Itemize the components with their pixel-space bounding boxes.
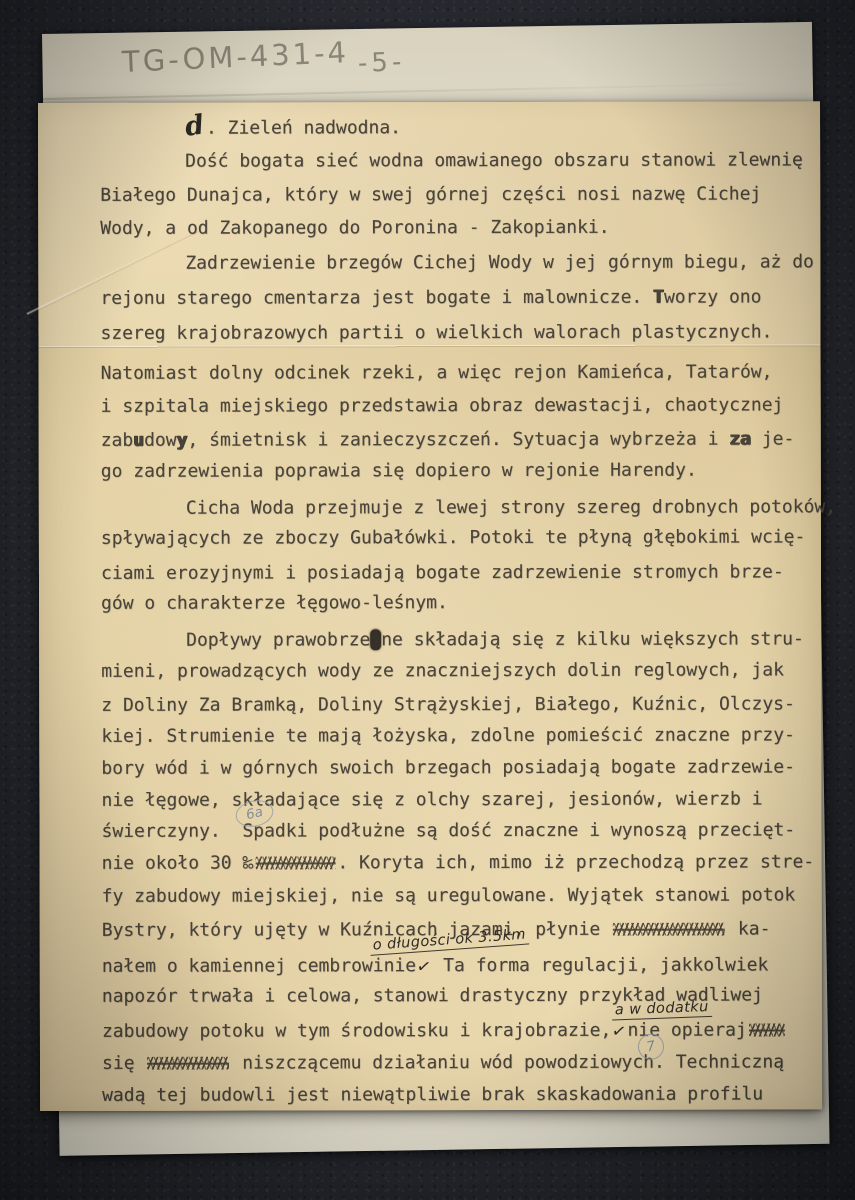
overstruck-text: u bbox=[133, 430, 144, 451]
document-line: zabudowy, śmietnisk i zanieczyszczeń. Sy… bbox=[101, 428, 795, 451]
document-line: nie około 30 ‰. Koryta ich, mimo iż prze… bbox=[102, 851, 815, 874]
document-line: nałem o kamiennej cembrowinie✓ Ta forma … bbox=[102, 954, 769, 977]
typed-text: fy zabudowy miejskiej, nie są uregulowan… bbox=[102, 884, 796, 906]
document-line: mieni, prowadzących wody ze znaczniejszy… bbox=[101, 659, 784, 682]
typed-text: nałem o kamiennej cembrowinie bbox=[102, 955, 416, 977]
overstruck-text: T bbox=[653, 287, 664, 308]
typed-text: je- bbox=[751, 428, 794, 449]
typed-text: Dopływy prawobrze bbox=[186, 629, 370, 650]
scribbled-out-word bbox=[147, 1057, 229, 1070]
document-line: d. Zieleń nadwodna. bbox=[185, 115, 401, 139]
typed-text: szereg krajobrazowych partii o wielkich … bbox=[100, 321, 772, 343]
typed-text: . Koryta ich, mimo iż przechodzą przez s… bbox=[337, 851, 814, 873]
document-line: Dopływy prawobrzeżne składają się z kilk… bbox=[186, 628, 804, 651]
paper-crease bbox=[43, 82, 813, 100]
typed-text: Natomiast dolny odcinek rzeki, a więc re… bbox=[101, 361, 773, 383]
typed-text: gów o charakterze łęgowo-leśnym. bbox=[101, 592, 448, 614]
typed-text: niszczącemu działaniu wód powodziowych. … bbox=[231, 1051, 784, 1073]
typed-text: wadą tej budowli jest niewątpliwie brak … bbox=[102, 1083, 763, 1105]
scribbled-out-word bbox=[613, 923, 725, 936]
typed-text: zab bbox=[101, 430, 134, 451]
typed-text: świerczyny. Spadki podłużne są dość znac… bbox=[102, 819, 796, 841]
typed-text: się bbox=[102, 1053, 145, 1074]
typed-text: mieni, prowadzących wody ze znaczniejszy… bbox=[101, 659, 784, 681]
document-line: go zadrzewienia poprawia się dopiero w r… bbox=[101, 460, 697, 483]
handwritten-letter: d bbox=[184, 115, 206, 137]
typed-text: bory wód i w górnych swoich brzegach pos… bbox=[101, 756, 795, 778]
document-line: spływających ze zboczy Gubałówki. Potoki… bbox=[101, 526, 805, 549]
document-line: bory wód i w górnych swoich brzegach pos… bbox=[101, 756, 795, 779]
ink-blot: ż bbox=[370, 629, 381, 650]
document-line: zabudowy potoku w tym środowisku i krajo… bbox=[102, 1019, 787, 1042]
typed-text: Cicha Woda przejmuje z lewej strony szer… bbox=[186, 496, 836, 518]
insertion-caret-mark: ✓ bbox=[415, 955, 433, 979]
typed-text: Ta forma regulacji, jakkolwiek bbox=[432, 954, 768, 976]
typed-text: worzy ono bbox=[664, 286, 762, 307]
typed-text: , śmietnisk i zanieczyszczeń. Sytuacja w… bbox=[187, 429, 729, 451]
typed-text: Bystry, który ujęty w Kuźnicach jazami, … bbox=[102, 919, 611, 941]
document-line: kiej. Strumienie te mają łożyska, zdolne… bbox=[101, 724, 795, 747]
typed-text: i szpitala miejskiego przedstawia obraz … bbox=[101, 394, 784, 416]
document-line: Wody, a od Zakopanego do Poronina - Zako… bbox=[100, 217, 609, 240]
document-line: fy zabudowy miejskiej, nie są uregulowan… bbox=[102, 884, 796, 907]
document-line: ciami erozyjnymi i posiadają bogate zadr… bbox=[101, 561, 784, 584]
document-line: i szpitala miejskiego przedstawia obraz … bbox=[101, 394, 784, 417]
paper-seam bbox=[39, 344, 821, 349]
document-line: Zadrzewienie brzegów Cichej Wody w jej g… bbox=[185, 251, 814, 274]
typed-text: zabudowy potoku w tym środowisku i krajo… bbox=[102, 1020, 611, 1042]
typed-text: Zadrzewienie brzegów Cichej Wody w jej g… bbox=[185, 251, 814, 273]
scribbled-out-word bbox=[255, 856, 335, 869]
handwritten-insertion: a w dodatku bbox=[612, 999, 712, 1021]
overstruck-text: za bbox=[729, 429, 751, 450]
typed-text: nie około 30 ‰ bbox=[102, 853, 254, 874]
typed-text: . Zieleń nadwodna. bbox=[206, 117, 401, 138]
typed-text: ka- bbox=[727, 918, 770, 939]
document-line: Białego Dunajca, który w swej górnej czę… bbox=[100, 183, 761, 206]
typed-text: ciami erozyjnymi i posiadają bogate zadr… bbox=[101, 561, 784, 583]
document-line: Dość bogata sieć wodna omawianego obszar… bbox=[185, 149, 803, 172]
document-line: się niszczącemu działaniu wód powodziowy… bbox=[102, 1051, 784, 1074]
document-line: z Doliny Za Bramką, Doliny Strążyskiej, … bbox=[101, 693, 795, 716]
page-number-handwriting: -5- bbox=[357, 47, 405, 79]
document-line: gów o charakterze łęgowo-leśnym. bbox=[101, 592, 448, 615]
document-line: nie łęgowe, składające się z olchy szare… bbox=[101, 788, 762, 811]
typed-text: go zadrzewienia poprawia się dopiero w r… bbox=[101, 460, 697, 482]
document-line: szereg krajobrazowych partii o wielkich … bbox=[100, 321, 772, 344]
typed-text: Wody, a od Zakopanego do Poronina - Zako… bbox=[100, 217, 609, 239]
typed-text: dow bbox=[144, 430, 177, 451]
document-line: Cicha Woda przejmuje z lewej strony szer… bbox=[186, 496, 836, 519]
document-line: rejonu starego cmentarza jest bogate i m… bbox=[100, 286, 761, 309]
document-line: wadą tej budowli jest niewątpliwie brak … bbox=[102, 1083, 763, 1106]
typed-text: Dość bogata sieć wodna omawianego obszar… bbox=[185, 149, 803, 171]
scribbled-out-word bbox=[749, 1023, 785, 1036]
typed-text: rejonu starego cmentarza jest bogate i m… bbox=[100, 287, 653, 309]
photo-backdrop: TG-OM-431-4 -5- d. Zieleń nadwodna.Dość … bbox=[0, 0, 855, 1200]
document-line: świerczyny. Spadki podłużne są dość znac… bbox=[102, 819, 796, 842]
typed-text: spływających ze zboczy Gubałówki. Potoki… bbox=[101, 526, 805, 548]
typed-text: ne składają się z kilku większych stru- bbox=[381, 628, 804, 650]
typed-text: Białego Dunajca, który w swej górnej czę… bbox=[100, 183, 761, 205]
typed-text: kiej. Strumienie te mają łożyska, zdolne… bbox=[101, 724, 795, 746]
document-sheet: d. Zieleń nadwodna.Dość bogata sieć wodn… bbox=[38, 101, 822, 1111]
insertion-caret-mark: ✓ bbox=[610, 1020, 628, 1044]
typed-text: nie łęgowe, składające się z olchy szare… bbox=[101, 788, 762, 810]
document-line: Natomiast dolny odcinek rzeki, a więc re… bbox=[101, 361, 773, 384]
typed-text: z Doliny Za Bramką, Doliny Strążyskiej, … bbox=[101, 693, 795, 715]
overstruck-text: y bbox=[177, 430, 188, 451]
